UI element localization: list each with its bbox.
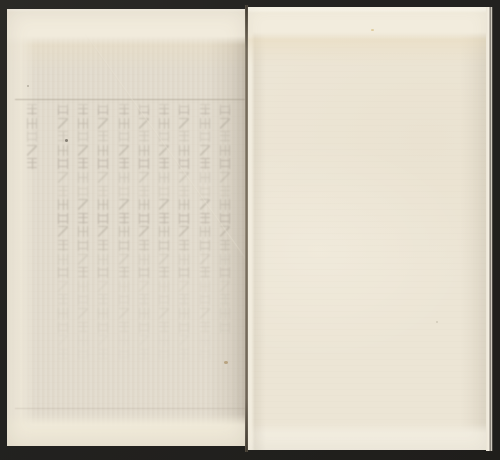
- ghost-character: [78, 294, 88, 305]
- ghost-character: [139, 145, 149, 156]
- ghost-character: [78, 349, 88, 360]
- ghost-character: [78, 281, 88, 292]
- ghost-character: [220, 267, 230, 278]
- foxing-speck: [371, 29, 374, 31]
- ruled-line-bottom: [15, 408, 245, 409]
- ghost-character: [159, 104, 169, 115]
- ghost-character: [159, 172, 169, 183]
- ghost-character: [180, 213, 190, 224]
- ghost-character: [27, 118, 37, 129]
- ghost-character: [58, 158, 68, 169]
- ghost-character: [78, 322, 88, 333]
- ghost-character: [220, 322, 230, 333]
- ghost-character: [220, 145, 230, 156]
- scan-frame: [0, 0, 500, 460]
- ghost-character: [99, 213, 109, 224]
- ghost-character: [139, 199, 149, 210]
- ghost-character: [159, 281, 169, 292]
- ghost-character: [220, 213, 230, 224]
- ghost-character: [180, 240, 190, 251]
- ghost-character: [99, 158, 109, 169]
- ghost-character: [180, 226, 190, 237]
- ghost-character: [78, 158, 88, 169]
- ghost-character: [180, 104, 190, 115]
- ghost-character: [119, 281, 129, 292]
- ghost-character: [139, 281, 149, 292]
- ghost-character: [27, 131, 37, 142]
- ghost-character: [220, 104, 230, 115]
- ghost-character: [78, 226, 88, 237]
- ghost-character: [220, 118, 230, 129]
- ghost-character: [200, 254, 210, 265]
- ghost-character: [99, 186, 109, 197]
- ghost-character: [78, 131, 88, 142]
- ghost-character: [200, 267, 210, 278]
- ghost-character: [119, 294, 129, 305]
- ghost-character: [58, 199, 68, 210]
- ghost-character: [58, 294, 68, 305]
- ghost-character: [200, 213, 210, 224]
- ghost-character: [139, 294, 149, 305]
- ghost-character: [180, 294, 190, 305]
- right-page: [248, 7, 486, 450]
- ghost-character: [200, 118, 210, 129]
- ghost-character: [78, 199, 88, 210]
- ghost-character: [220, 240, 230, 251]
- ghost-character: [58, 104, 68, 115]
- ghost-character: [78, 335, 88, 346]
- ghost-character: [99, 199, 109, 210]
- ghost-character: [159, 294, 169, 305]
- ghost-character: [180, 281, 190, 292]
- ghost-character: [119, 131, 129, 142]
- ghost-character: [139, 172, 149, 183]
- ghost-character: [159, 349, 169, 360]
- ghost-character: [200, 322, 210, 333]
- ghost-character: [119, 104, 129, 115]
- ghost-character: [159, 267, 169, 278]
- ghost-character: [119, 335, 129, 346]
- ghost-character: [200, 335, 210, 346]
- ghost-character: [99, 240, 109, 251]
- ghost-character: [200, 240, 210, 251]
- ghost-character: [99, 281, 109, 292]
- ghost-character: [220, 254, 230, 265]
- ghost-character: [220, 308, 230, 319]
- ghost-character: [139, 226, 149, 237]
- ghost-text-header-column: [22, 104, 42, 172]
- ghost-character: [119, 322, 129, 333]
- ghost-character: [119, 172, 129, 183]
- ghost-character: [159, 158, 169, 169]
- ghost-character: [139, 240, 149, 251]
- ghost-character: [220, 172, 230, 183]
- ghost-character: [180, 349, 190, 360]
- ghost-character: [58, 322, 68, 333]
- ghost-character: [200, 308, 210, 319]
- ghost-text-column: [94, 104, 114, 362]
- ghost-character: [180, 322, 190, 333]
- ghost-character: [139, 158, 149, 169]
- ghost-character: [78, 104, 88, 115]
- ghost-character: [119, 213, 129, 224]
- ghost-character: [58, 335, 68, 346]
- ghost-text-column: [195, 104, 215, 362]
- ghost-text-column: [53, 104, 73, 362]
- ghost-character: [119, 199, 129, 210]
- ghost-character: [78, 308, 88, 319]
- ghost-character: [27, 104, 37, 115]
- ghost-character: [58, 254, 68, 265]
- ghost-character: [99, 308, 109, 319]
- ghost-character: [200, 172, 210, 183]
- ghost-character: [200, 104, 210, 115]
- ghost-character: [99, 172, 109, 183]
- ghost-character: [58, 118, 68, 129]
- ghost-character: [180, 186, 190, 197]
- ghost-character: [58, 186, 68, 197]
- ghost-character: [200, 226, 210, 237]
- ghost-character: [159, 118, 169, 129]
- ghost-text-block: [7, 9, 247, 446]
- foxing-speck: [224, 361, 228, 364]
- ghost-character: [180, 267, 190, 278]
- ghost-character: [200, 158, 210, 169]
- ghost-character: [200, 349, 210, 360]
- ghost-character: [119, 186, 129, 197]
- ghost-character: [99, 254, 109, 265]
- ghost-character: [78, 172, 88, 183]
- ghost-character: [119, 254, 129, 265]
- ghost-character: [78, 240, 88, 251]
- ghost-character: [119, 158, 129, 169]
- ghost-character: [180, 199, 190, 210]
- ghost-character: [58, 308, 68, 319]
- ghost-character: [220, 131, 230, 142]
- ghost-character: [58, 349, 68, 360]
- ghost-character: [200, 294, 210, 305]
- ghost-character: [58, 226, 68, 237]
- ghost-character: [99, 104, 109, 115]
- ghost-character: [139, 254, 149, 265]
- ghost-character: [159, 335, 169, 346]
- ghost-character: [99, 335, 109, 346]
- ink-speck: [27, 85, 29, 87]
- ghost-character: [220, 199, 230, 210]
- ghost-text-column: [114, 104, 134, 362]
- ghost-character: [159, 226, 169, 237]
- ghost-character: [119, 118, 129, 129]
- ghost-character: [180, 145, 190, 156]
- ghost-character: [159, 308, 169, 319]
- ghost-character: [139, 131, 149, 142]
- ghost-character: [99, 145, 109, 156]
- ghost-character: [139, 308, 149, 319]
- ghost-character: [180, 308, 190, 319]
- ghost-character: [78, 118, 88, 129]
- ghost-character: [78, 254, 88, 265]
- ghost-character: [159, 240, 169, 251]
- ghost-character: [58, 172, 68, 183]
- ghost-character: [58, 240, 68, 251]
- ghost-character: [159, 213, 169, 224]
- ghost-character: [58, 281, 68, 292]
- ghost-character: [180, 254, 190, 265]
- ghost-character: [99, 322, 109, 333]
- ghost-character: [58, 145, 68, 156]
- ghost-character: [99, 226, 109, 237]
- ghost-character: [99, 349, 109, 360]
- ghost-character: [139, 349, 149, 360]
- ghost-character: [78, 267, 88, 278]
- ghost-character: [180, 335, 190, 346]
- ghost-character: [78, 213, 88, 224]
- ghost-character: [58, 267, 68, 278]
- ghost-character: [99, 267, 109, 278]
- ghost-character: [119, 349, 129, 360]
- ghost-character: [119, 145, 129, 156]
- ghost-character: [159, 199, 169, 210]
- ghost-character: [200, 145, 210, 156]
- ghost-character: [200, 281, 210, 292]
- ghost-character: [139, 213, 149, 224]
- ghost-character: [200, 131, 210, 142]
- ghost-character: [159, 322, 169, 333]
- ghost-character: [220, 158, 230, 169]
- ghost-character: [119, 308, 129, 319]
- ghost-text-column: [175, 104, 195, 362]
- ghost-character: [78, 186, 88, 197]
- ghost-character: [159, 186, 169, 197]
- ghost-character: [139, 335, 149, 346]
- ghost-character: [220, 186, 230, 197]
- ghost-character: [180, 118, 190, 129]
- ghost-character: [220, 294, 230, 305]
- ghost-text-column: [134, 104, 154, 362]
- ink-speck: [436, 321, 438, 323]
- ghost-character: [139, 267, 149, 278]
- ghost-text-column: [73, 104, 93, 362]
- left-page: [7, 9, 247, 446]
- ink-speck: [65, 139, 68, 142]
- ghost-character: [119, 240, 129, 251]
- ghost-character: [99, 131, 109, 142]
- ghost-character: [99, 294, 109, 305]
- ghost-character: [159, 254, 169, 265]
- ghost-character: [119, 226, 129, 237]
- ghost-character: [180, 131, 190, 142]
- ghost-character: [78, 145, 88, 156]
- ghost-character: [27, 145, 37, 156]
- ghost-character: [99, 118, 109, 129]
- ghost-character: [119, 267, 129, 278]
- ghost-character: [139, 322, 149, 333]
- ghost-character: [220, 281, 230, 292]
- ghost-character: [27, 158, 37, 169]
- page-edge-stack: [486, 7, 493, 451]
- ghost-character: [58, 213, 68, 224]
- ghost-character: [139, 186, 149, 197]
